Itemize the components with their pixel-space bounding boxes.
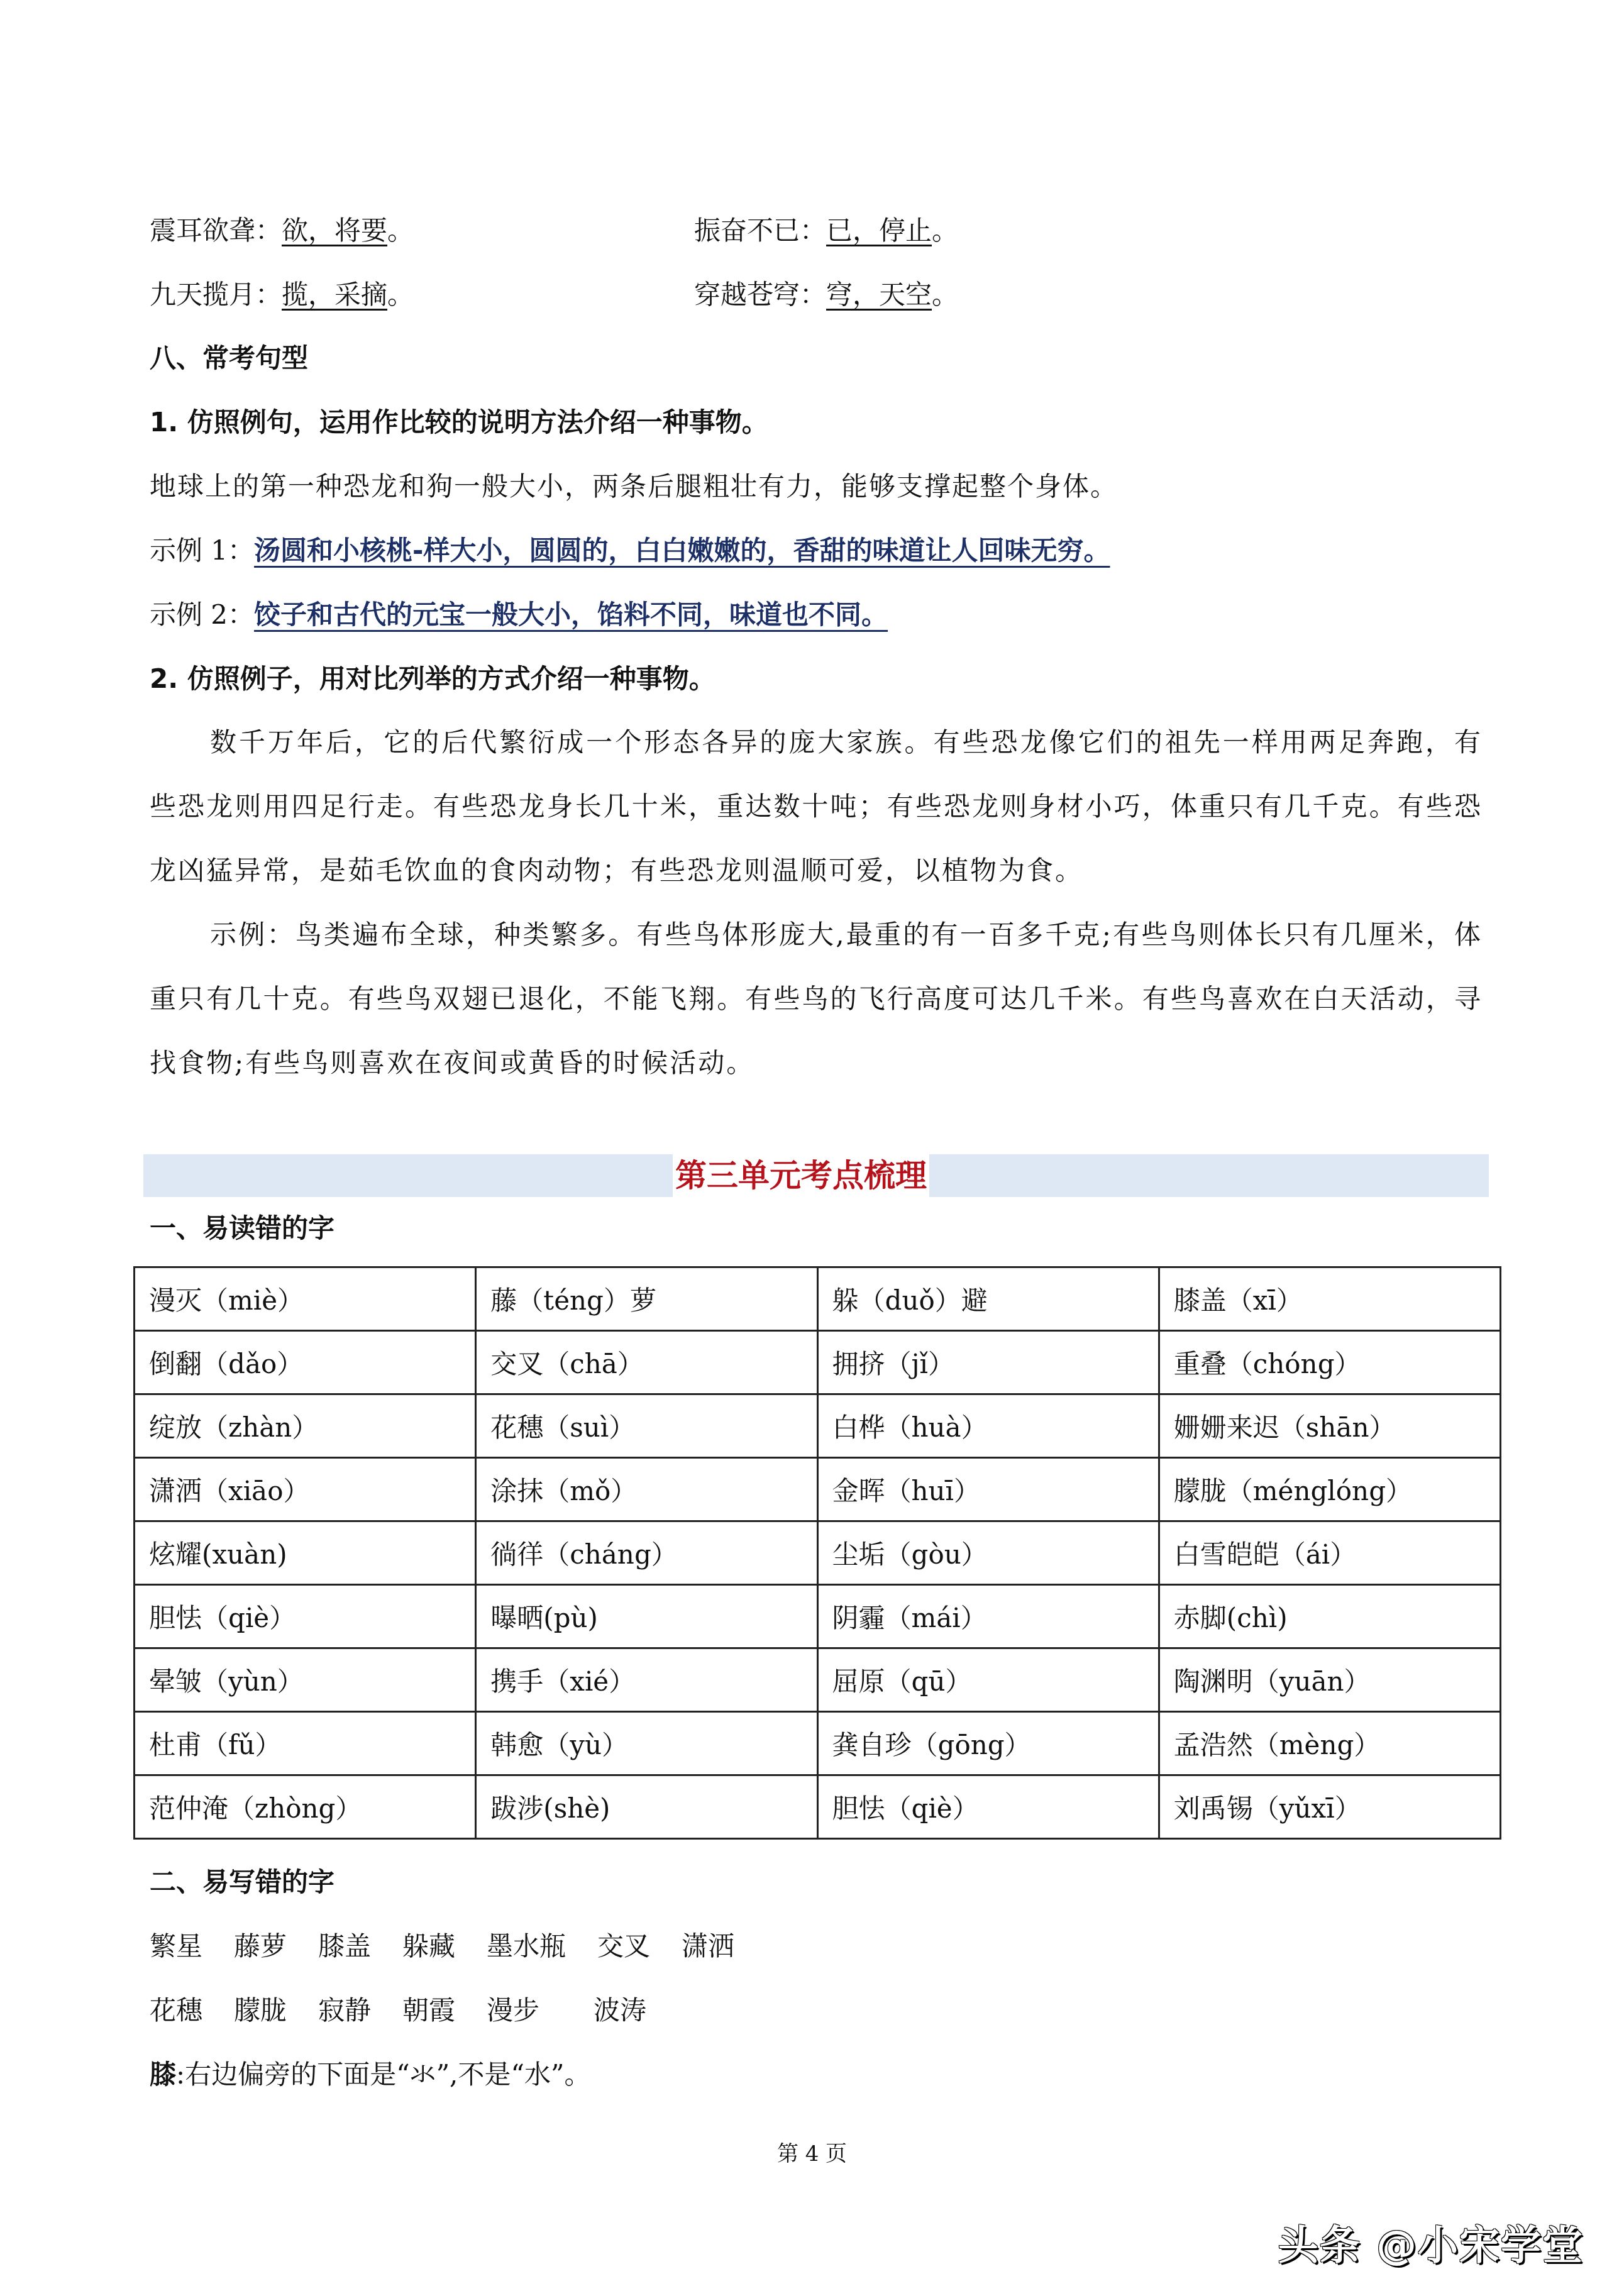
word-item: 墨水瓶 bbox=[487, 1928, 566, 1965]
table-cell: 绽放（zhàn） bbox=[135, 1394, 476, 1458]
table-cell: 徜徉（cháng） bbox=[476, 1521, 817, 1585]
table-row: 胆怯（qiè）曝晒(pù)阴霾（mái）赤脚(chì) bbox=[135, 1585, 1501, 1648]
idiom-entry: 九天揽月：揽，采摘。 bbox=[150, 276, 414, 314]
table-cell: 白雪皑皑（ái） bbox=[1159, 1521, 1500, 1585]
word-item: 躲藏 bbox=[402, 1928, 455, 1965]
table-row: 范仲淹（zhòng）跋涉(shè)胆怯（qiè）刘禹锡（yǔxī） bbox=[135, 1775, 1501, 1839]
table-row: 绽放（zhàn）花穗（suì）白桦（huà）姗姗来迟（shān） bbox=[135, 1394, 1501, 1458]
example-label: 示例 1： bbox=[150, 535, 254, 566]
table-cell: 屈原（qū） bbox=[817, 1648, 1159, 1712]
table-cell: 金晖（huī） bbox=[817, 1458, 1159, 1521]
word-item: 朦胧 bbox=[234, 1992, 287, 2029]
table-cell: 拥挤（jǐ） bbox=[817, 1331, 1159, 1394]
word-item: 繁星 bbox=[150, 1928, 202, 1965]
punctuation: 。 bbox=[387, 215, 414, 246]
note-text: :右边偏旁的下面是“氺”,不是“水”。 bbox=[176, 2059, 590, 2090]
table-row: 漫灭（miè）藤（téng）萝躲（duǒ）避膝盖（xī） bbox=[135, 1267, 1501, 1331]
idiom-term: 震耳欲聋： bbox=[150, 215, 282, 246]
table-cell: 刘禹锡（yǔxī） bbox=[1159, 1775, 1500, 1839]
source-sentence: 地球上的第一种恐龙和狗一般大小，两条后腿粗壮有力，能够支撑起整个身体。 bbox=[150, 468, 1118, 505]
pinyin-table: 漫灭（miè）藤（téng）萝躲（duǒ）避膝盖（xī）倒翻（dǎo）交叉（ch… bbox=[133, 1266, 1501, 1840]
word-list: 繁星藤萝膝盖躲藏墨水瓶交叉潇洒 bbox=[150, 1928, 766, 1965]
table-cell: 杜甫（fǔ） bbox=[135, 1712, 476, 1775]
idiom-explanation: 穹，天空 bbox=[826, 279, 932, 310]
idiom-explanation: 欲，将要 bbox=[282, 215, 387, 246]
table-row: 晕皱（yùn）携手（xié）屈原（qū）陶渊明（yuān） bbox=[135, 1648, 1501, 1712]
question-title: 2. 仿照例子，用对比列举的方式介绍一种事物。 bbox=[150, 660, 715, 698]
example-answer: 饺子和古代的元宝一般大小，馅料不同，味道也不同。 bbox=[254, 599, 888, 630]
table-cell: 韩愈（yù） bbox=[476, 1712, 817, 1775]
table-cell: 胆怯（qiè） bbox=[817, 1775, 1159, 1839]
punctuation: 。 bbox=[932, 279, 958, 310]
table-cell: 阴霾（mái） bbox=[817, 1585, 1159, 1648]
idiom-term: 九天揽月： bbox=[150, 279, 282, 310]
table-cell: 膝盖（xī） bbox=[1159, 1267, 1500, 1331]
table-cell: 尘垢（gòu） bbox=[817, 1521, 1159, 1585]
idiom-term: 振奋不已： bbox=[694, 215, 826, 246]
table-cell: 跋涉(shè) bbox=[476, 1775, 817, 1839]
word-item: 藤萝 bbox=[234, 1928, 287, 1965]
unit-title: 第三单元考点梳理 bbox=[673, 1151, 929, 1201]
table-cell: 重叠（chóng） bbox=[1159, 1331, 1500, 1394]
table-row: 炫耀(xuàn)徜徉（cháng）尘垢（gòu）白雪皑皑（ái） bbox=[135, 1521, 1501, 1585]
idiom-explanation: 已，停止 bbox=[826, 215, 932, 246]
idiom-explanation: 揽，采摘 bbox=[282, 279, 387, 310]
word-item: 膝盖 bbox=[318, 1928, 371, 1965]
paragraph-text: 数千万年后，它的后代繁衍成一个形态各异的庞大家族。有些恐龙像它们的祖先一样用两足… bbox=[150, 710, 1483, 903]
word-item: 寂静 bbox=[318, 1992, 371, 2029]
section-heading: 八、常考句型 bbox=[150, 339, 308, 377]
table-cell: 涂抹（mǒ） bbox=[476, 1458, 817, 1521]
table-cell: 龚自珍（gōng） bbox=[817, 1712, 1159, 1775]
table-row: 杜甫（fǔ）韩愈（yù）龚自珍（gōng）孟浩然（mèng） bbox=[135, 1712, 1501, 1775]
idiom-entry: 穿越苍穹：穹，天空。 bbox=[694, 276, 958, 314]
page-number: 第 4 页 bbox=[0, 2136, 1624, 2167]
table-cell: 赤脚(chì) bbox=[1159, 1585, 1500, 1648]
writing-note: 膝:右边偏旁的下面是“氺”,不是“水”。 bbox=[150, 2056, 590, 2094]
example-label: 示例 2： bbox=[150, 599, 254, 630]
watermark: 头条 @小宋学堂 bbox=[1278, 2213, 1584, 2271]
question-title: 1. 仿照例句，运用作比较的说明方法介绍一种事物。 bbox=[150, 404, 768, 441]
punctuation: 。 bbox=[932, 215, 958, 246]
section-heading: 二、易写错的字 bbox=[150, 1863, 334, 1901]
word-item: 漫步 bbox=[487, 1992, 539, 2029]
word-item: 潇洒 bbox=[682, 1928, 734, 1965]
table-cell: 范仲淹（zhòng） bbox=[135, 1775, 476, 1839]
table-row: 倒翻（dǎo）交叉（chā）拥挤（jǐ）重叠（chóng） bbox=[135, 1331, 1501, 1394]
source-paragraph: 数千万年后，它的后代繁衍成一个形态各异的庞大家族。有些恐龙像它们的祖先一样用两足… bbox=[150, 710, 1483, 903]
table-cell: 炫耀(xuàn) bbox=[135, 1521, 476, 1585]
word-item: 波涛 bbox=[594, 1992, 646, 2029]
table-cell: 倒翻（dǎo） bbox=[135, 1331, 476, 1394]
table-cell: 曝晒(pù) bbox=[476, 1585, 817, 1648]
example-answer: 汤圆和小核桃-样大小，圆圆的，白白嫩嫩的，香甜的味道让人回味无穷。 bbox=[254, 535, 1110, 566]
idiom-term: 穿越苍穹： bbox=[694, 279, 826, 310]
table-cell: 胆怯（qiè） bbox=[135, 1585, 476, 1648]
table-cell: 交叉（chā） bbox=[476, 1331, 817, 1394]
section-heading: 一、易读错的字 bbox=[150, 1210, 334, 1247]
table-cell: 藤（téng）萝 bbox=[476, 1267, 817, 1331]
document-page: 震耳欲聋：欲，将要。 振奋不已：已，停止。 九天揽月：揽，采摘。 穿越苍穹：穹，… bbox=[0, 0, 1624, 2296]
idiom-entry: 震耳欲聋：欲，将要。 bbox=[150, 212, 414, 250]
table-cell: 躲（duǒ）避 bbox=[817, 1267, 1159, 1331]
table-cell: 姗姗来迟（shān） bbox=[1159, 1394, 1500, 1458]
table-row: 潇洒（xiāo）涂抹（mǒ）金晖（huī）朦胧（ménglóng） bbox=[135, 1458, 1501, 1521]
punctuation: 。 bbox=[387, 279, 414, 310]
example-paragraph: 示例：鸟类遍布全球，种类繁多。有些鸟体形庞大,最重的有一百多千克;有些鸟则体长只… bbox=[150, 903, 1483, 1095]
paragraph-text: 示例：鸟类遍布全球，种类繁多。有些鸟体形庞大,最重的有一百多千克;有些鸟则体长只… bbox=[150, 903, 1483, 1095]
table-cell: 晕皱（yùn） bbox=[135, 1648, 476, 1712]
idiom-entry: 振奋不已：已，停止。 bbox=[694, 212, 958, 250]
table-cell: 潇洒（xiāo） bbox=[135, 1458, 476, 1521]
table-cell: 花穗（suì） bbox=[476, 1394, 817, 1458]
table-cell: 白桦（huà） bbox=[817, 1394, 1159, 1458]
table-cell: 朦胧（ménglóng） bbox=[1159, 1458, 1500, 1521]
word-item: 花穗 bbox=[150, 1992, 202, 2029]
table-cell: 漫灭（miè） bbox=[135, 1267, 476, 1331]
word-item: 交叉 bbox=[597, 1928, 650, 1965]
example-line: 示例 2：饺子和古代的元宝一般大小，馅料不同，味道也不同。 bbox=[150, 596, 888, 634]
table-cell: 携手（xié） bbox=[476, 1648, 817, 1712]
table-cell: 陶渊明（yuān） bbox=[1159, 1648, 1500, 1712]
table-cell: 孟浩然（mèng） bbox=[1159, 1712, 1500, 1775]
example-line: 示例 1：汤圆和小核桃-样大小，圆圆的，白白嫩嫩的，香甜的味道让人回味无穷。 bbox=[150, 532, 1110, 570]
word-item: 朝霞 bbox=[402, 1992, 455, 2029]
word-list: 花穗朦胧寂静朝霞漫步波涛 bbox=[150, 1992, 678, 2029]
note-character: 膝 bbox=[150, 2059, 176, 2090]
